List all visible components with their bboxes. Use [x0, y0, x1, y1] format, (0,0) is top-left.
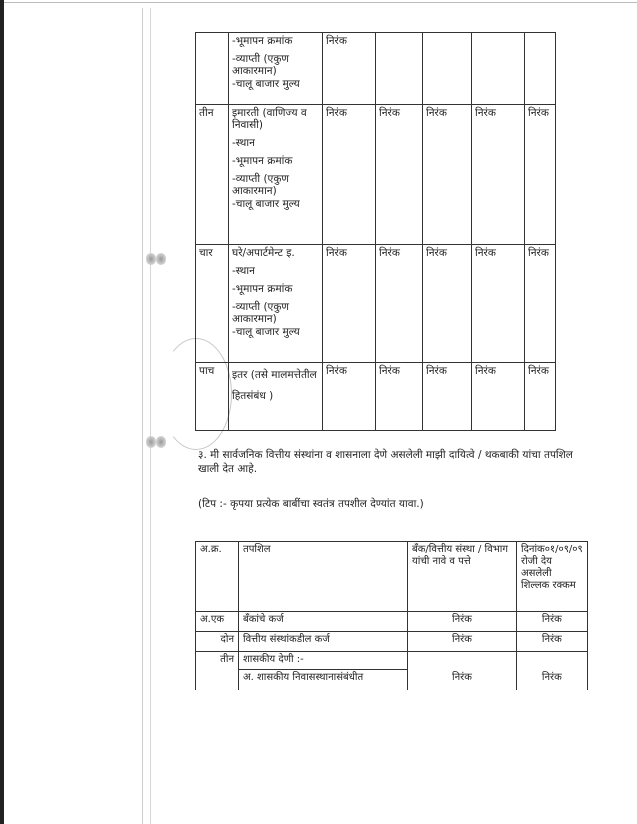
row-number: पाच: [196, 363, 229, 431]
section-3-paragraph: ३. मी सार्वजनिक वित्तीय संस्थांना व शासन…: [198, 448, 588, 476]
row-description: अ. शासकीय निवासस्थानासंबंधीत: [239, 670, 408, 690]
punch-hole-icon: [156, 253, 166, 265]
table-row: चार घरे/अपार्टमेन्ट इ. -स्थान -भूमापन क्…: [196, 245, 556, 363]
cell-value: निरंक: [423, 245, 472, 363]
cell-value: निरंक: [472, 245, 525, 363]
table-row: दोन वित्तीय संस्थांकडील कर्ज निरंक निरंक: [196, 632, 588, 652]
cell-value: निरंक: [525, 363, 556, 431]
cell-value: निरंक: [525, 105, 556, 245]
row-description: बँकांचे कर्ज: [239, 612, 408, 632]
cell-value: निरंक: [323, 105, 376, 245]
table-row: पाच इतर (तसे मालमत्तेतील हितसंबंध ) निरं…: [196, 363, 556, 431]
table-row: तीन शासकीय देणी :-: [196, 652, 588, 670]
punch-hole-icon: [146, 253, 156, 265]
header-amount: दिनांक०१/०९/०९ रोजी देय असलेली शिल्लक रक…: [517, 542, 588, 612]
cell-value: निरंक: [376, 363, 423, 431]
header-serial: अ.क्र.: [196, 542, 239, 612]
row-bank: निरंक: [408, 612, 517, 632]
row-number: तीन: [196, 652, 239, 670]
row-number: तीन: [196, 105, 229, 245]
punch-hole-icon: [156, 436, 166, 448]
row-description: -भूमापन क्रमांक -व्याप्ती (एकुण आकारमान)…: [229, 33, 323, 105]
page-fold-line-2: [150, 8, 151, 824]
cell-value: निरंक: [423, 363, 472, 431]
liabilities-table: अ.क्र. तपशिल बँक/वित्तीय संस्था / विभाग …: [195, 541, 588, 690]
cell-value: निरंक: [323, 33, 376, 105]
scan-top-edge: [4, 2, 637, 3]
cell-value: निरंक: [423, 105, 472, 245]
cell-value: निरंक: [376, 105, 423, 245]
row-number: [196, 33, 229, 105]
assets-table: -भूमापन क्रमांक -व्याप्ती (एकुण आकारमान)…: [195, 32, 556, 431]
table-row: अ. शासकीय निवासस्थानासंबंधीत निरंक निरंक: [196, 670, 588, 690]
row-description: इमारती (वाणिज्य व निवासी) -स्थान -भूमापन…: [229, 105, 323, 245]
row-amount: निरंक: [517, 632, 588, 652]
cell-value: [423, 33, 472, 105]
table-row: अ.एक बँकांचे कर्ज निरंक निरंक: [196, 612, 588, 632]
row-amount: निरंक: [517, 612, 588, 632]
scan-edge: [0, 0, 4, 824]
row-description: शासकीय देणी :-: [239, 652, 408, 670]
header-details: तपशिल: [239, 542, 408, 612]
cell-value: निरंक: [525, 245, 556, 363]
cell-value: निरंक: [376, 245, 423, 363]
row-bank: निरंक: [408, 670, 517, 690]
row-description: घरे/अपार्टमेन्ट इ. -स्थान -भूमापन क्रमां…: [229, 245, 323, 363]
punch-hole-icon: [146, 436, 156, 448]
table-row: तीन इमारती (वाणिज्य व निवासी) -स्थान -भू…: [196, 105, 556, 245]
row-number: चार: [196, 245, 229, 363]
row-number: दोन: [196, 632, 239, 652]
row-number: अ.एक: [196, 612, 239, 632]
cell-value: निरंक: [472, 363, 525, 431]
cell-value: [376, 33, 423, 105]
cell-value: निरंक: [323, 363, 376, 431]
row-description: वित्तीय संस्थांकडील कर्ज: [239, 632, 408, 652]
cell-value: [525, 33, 556, 105]
row-description: इतर (तसे मालमत्तेतील हितसंबंध ): [229, 363, 323, 431]
row-number: [196, 670, 239, 690]
cell-value: [472, 33, 525, 105]
row-amount: [517, 652, 588, 670]
cell-value: निरंक: [323, 245, 376, 363]
header-bank: बँक/वित्तीय संस्था / विभाग यांची नावे व …: [408, 542, 517, 612]
row-amount: निरंक: [517, 670, 588, 690]
section-3-note: (टिप :- कृपया प्रत्येक बाबींचा स्वतंत्र …: [198, 497, 424, 511]
row-bank: निरंक: [408, 632, 517, 652]
table-header-row: अ.क्र. तपशिल बँक/वित्तीय संस्था / विभाग …: [196, 542, 588, 612]
table-row: -भूमापन क्रमांक -व्याप्ती (एकुण आकारमान)…: [196, 33, 556, 105]
cell-value: निरंक: [472, 105, 525, 245]
row-bank: [408, 652, 517, 670]
page-fold-line: [142, 8, 143, 824]
